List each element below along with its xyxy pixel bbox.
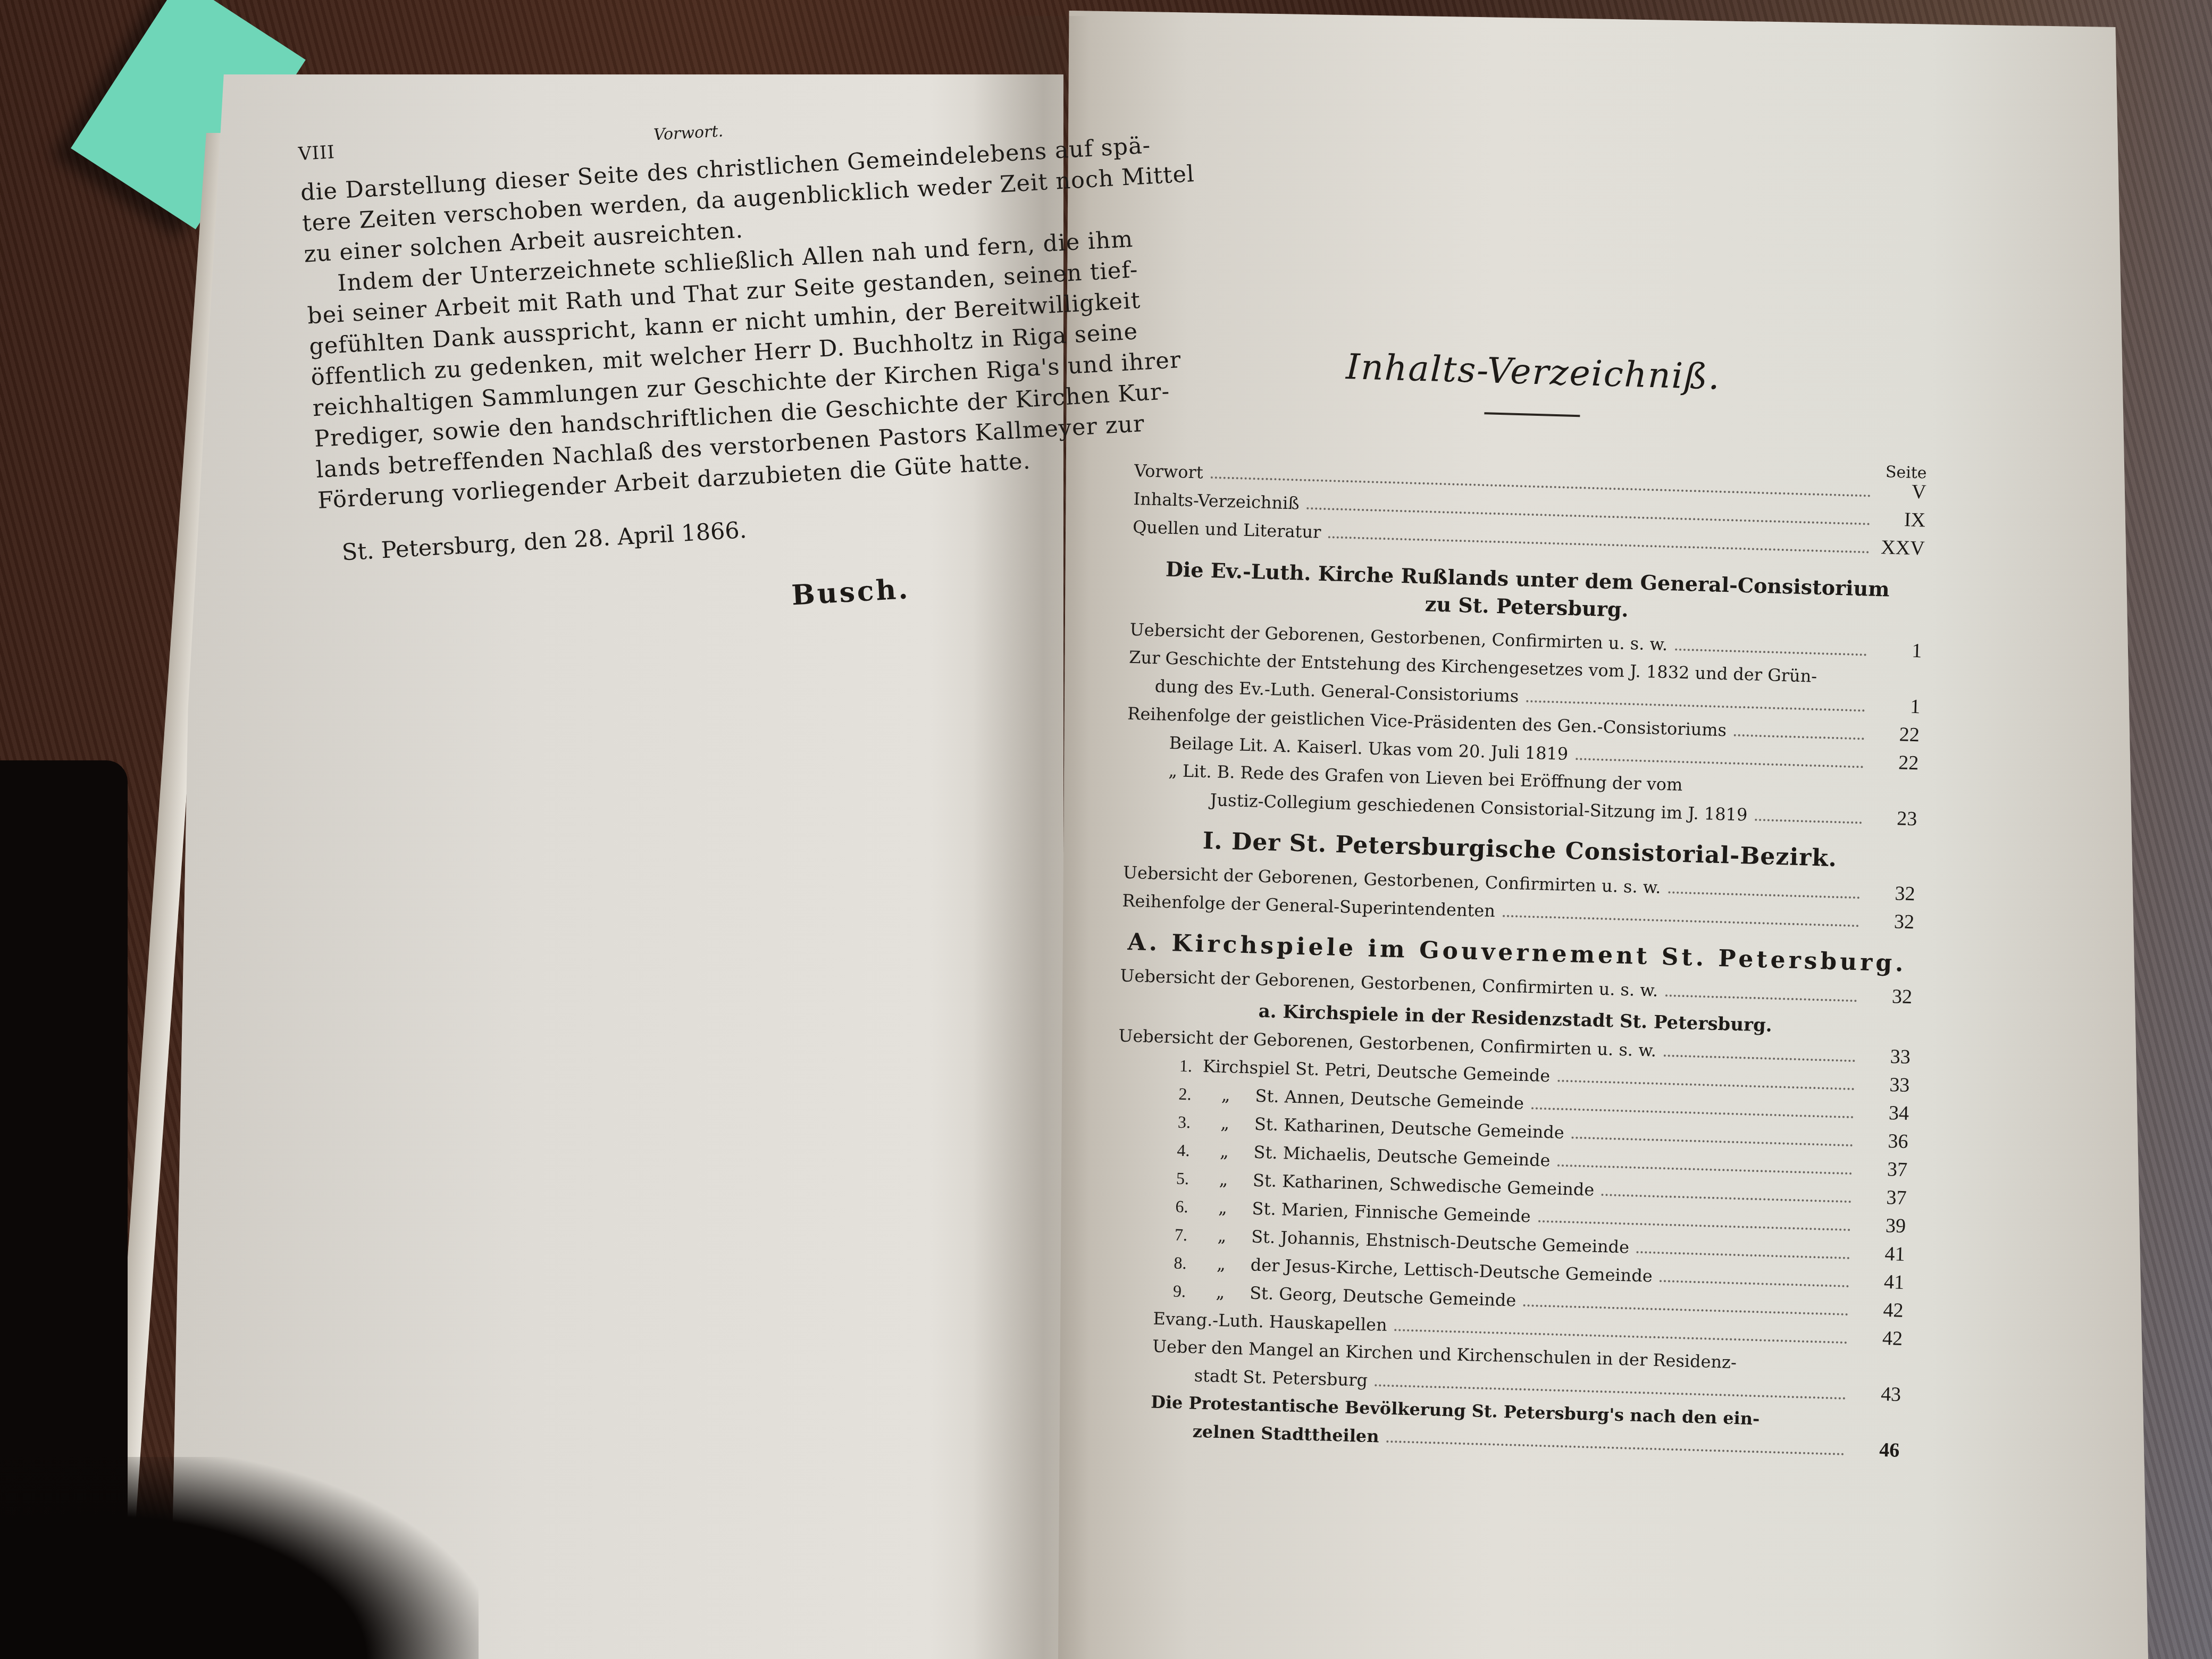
bottom-shadow (0, 1457, 479, 1659)
leader-dots (1526, 700, 1865, 712)
leader-dots (1660, 1280, 1849, 1287)
leader-dots (1675, 648, 1866, 656)
running-head: Vorwort. (653, 122, 724, 144)
ditto-mark: „ (1197, 1250, 1245, 1278)
title-rule-divider (1484, 412, 1580, 417)
ditto-mark: „ (1199, 1193, 1247, 1222)
leader-dots (1531, 1107, 1854, 1118)
ditto-mark: „ (1197, 1221, 1246, 1250)
page-number: VIII (298, 141, 336, 165)
ditto-mark: „ (1199, 1165, 1247, 1194)
table-of-contents: Inhalts-Verzeichniß. Seite VorwortV Inha… (1107, 340, 1930, 1465)
leader-dots (1328, 536, 1869, 553)
leader-dots (1557, 1164, 1852, 1175)
leader-dots (1503, 915, 1859, 927)
leader-dots (1576, 758, 1863, 768)
leader-dots (1637, 1251, 1850, 1259)
leader-dots (1523, 1304, 1848, 1316)
ditto-mark: „ (1202, 1080, 1250, 1109)
leader-dots (1664, 1054, 1855, 1062)
leader-dots (1538, 1220, 1850, 1231)
leader-dots (1665, 994, 1857, 1002)
leader-dots (1602, 1194, 1851, 1203)
ditto-mark: „ (1201, 1109, 1249, 1137)
leader-dots (1668, 891, 1859, 899)
ditto-mark: „ (1200, 1137, 1249, 1166)
leader-dots (1755, 819, 1862, 824)
leader-dots (1557, 1080, 1854, 1091)
ditto-mark: „ (1196, 1278, 1244, 1306)
preface-text-block: VIII Vorwort. die Darstellung dieser Sei… (298, 107, 973, 638)
place-and-date: St. Petersburg, den 28. April 1866. (320, 505, 969, 567)
leader-dots (1734, 734, 1864, 740)
leader-dots (1571, 1136, 1853, 1146)
